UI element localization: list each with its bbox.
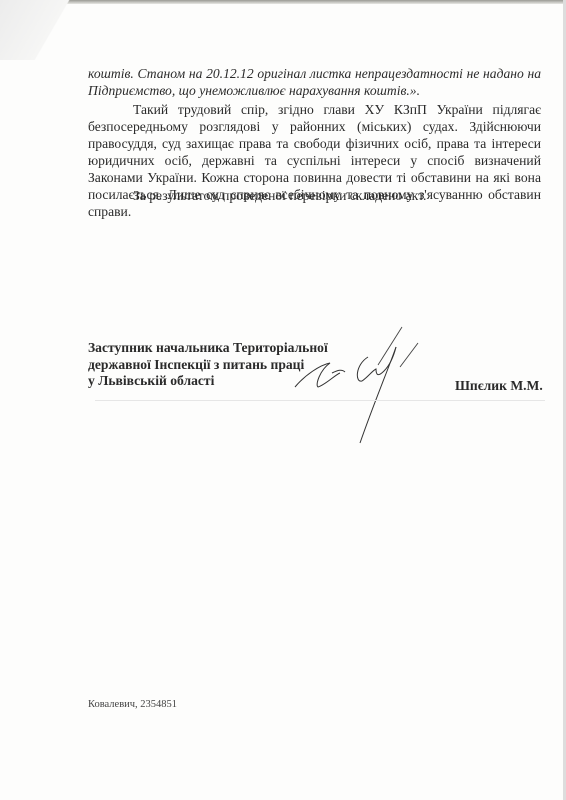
scan-top-edge [0, 0, 566, 4]
executor-footnote: Ковалевич, 2354851 [88, 699, 177, 710]
quote-line-2: Підприємство, що унеможливлює нарахуванн… [88, 82, 541, 99]
document-page: коштів. Станом на 20.12.12 оригінал лист… [0, 0, 566, 800]
scan-corner-shadow [0, 0, 80, 60]
signatory-name: Шпєлик М.М. [455, 378, 543, 394]
faint-scan-line [95, 400, 545, 401]
handwritten-signature-icon [290, 325, 420, 445]
quote-continuation: коштів. Станом на 20.12.12 оригінал лист… [88, 65, 541, 99]
conclusion-paragraph: За результатом проведеної перевірки скла… [88, 187, 541, 204]
quote-line-1: коштів. Станом на 20.12.12 оригінал лист… [88, 65, 541, 82]
